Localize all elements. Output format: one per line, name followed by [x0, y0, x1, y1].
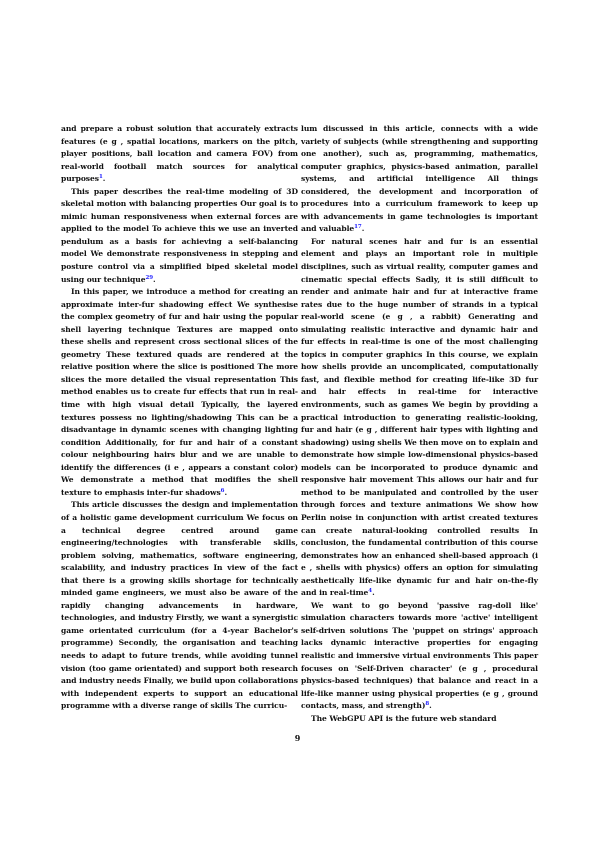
punctuation: .: [372, 588, 375, 597]
citation-link[interactable]: 17: [354, 224, 362, 230]
paragraph-skeletal-motion: This paper describes the real-time model…: [61, 186, 298, 286]
paragraph-text: lum discussed in this article, connects …: [301, 124, 538, 233]
paragraph-text: and prepare a robust solution that accur…: [61, 124, 298, 183]
paragraph-webgpu: The WebGPU API is the future web standar…: [301, 713, 538, 726]
paragraph-text: The WebGPU API is the future web standar…: [311, 714, 496, 723]
paragraph-text: In this paper, we introduce a method for…: [61, 287, 298, 497]
paragraph-self-driven-characters: We want to go beyond 'passive rag-doll l…: [301, 600, 538, 713]
page-number: 9: [0, 733, 595, 743]
punctuation: .: [153, 275, 156, 284]
paragraph-game-curriculum: This article discusses the design and im…: [61, 499, 298, 712]
punctuation: .: [224, 488, 227, 497]
paragraph-inter-fur-shadowing: In this paper, we introduce a method for…: [61, 286, 298, 499]
paragraph-text: We want to go beyond 'passive rag-doll l…: [301, 601, 538, 710]
paragraph-text: This paper describes the real-time model…: [61, 187, 298, 284]
punctuation: .: [362, 224, 365, 233]
paragraph-football-features: and prepare a robust solution that accur…: [61, 123, 298, 186]
punctuation: .: [103, 174, 106, 183]
left-column: and prepare a robust solution that accur…: [61, 123, 298, 713]
paragraph-text: For natural scenes hair and fur is an es…: [301, 237, 538, 597]
right-column: lum discussed in this article, connects …: [301, 123, 538, 725]
punctuation: .: [429, 701, 432, 710]
paragraph-hair-and-fur: For natural scenes hair and fur is an es…: [301, 236, 538, 600]
paragraph-text: This article discusses the design and im…: [61, 500, 298, 710]
citation-link[interactable]: 29: [145, 275, 153, 281]
paragraph-curriculum-continued: lum discussed in this article, connects …: [301, 123, 538, 236]
